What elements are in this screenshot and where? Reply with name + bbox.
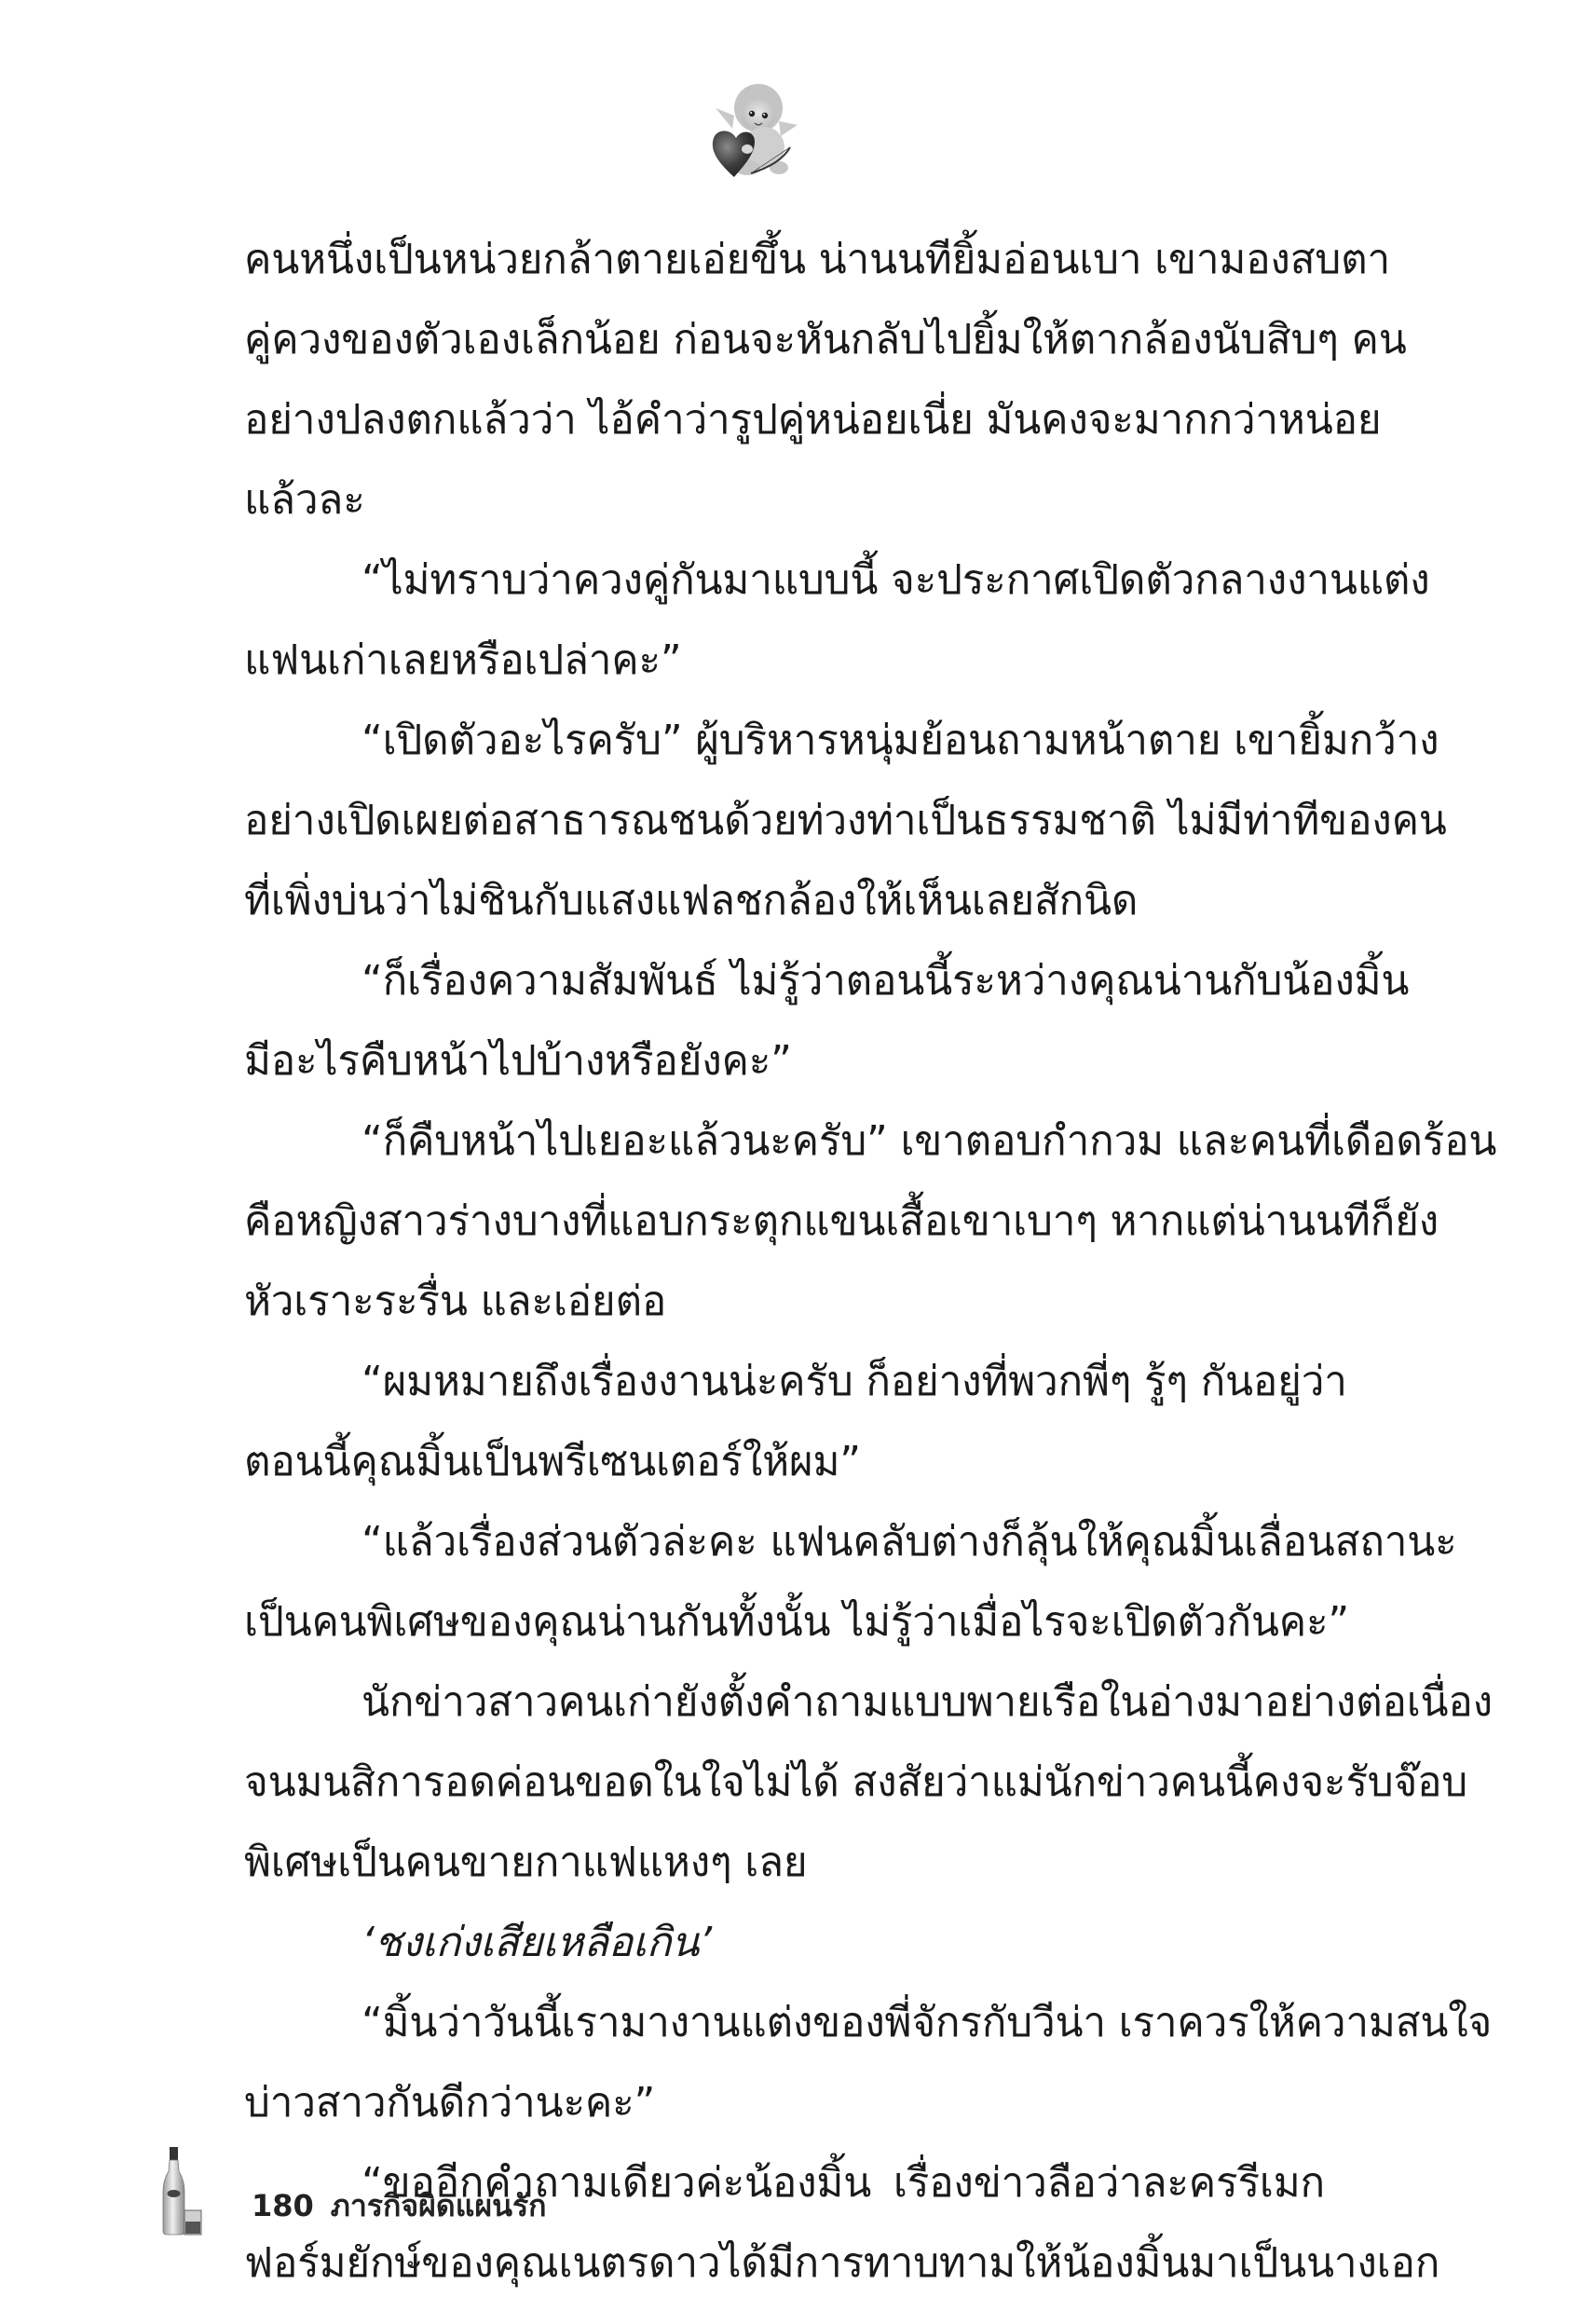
text-line: ตอนนี้คุณมิ้นเป็นพรีเซนเตอร์ให้ผม” bbox=[244, 1422, 1325, 1502]
paragraph: “ก็เรื่องความสัมพันธ์ ไม่รู้ว่าตอนนี้ระห… bbox=[244, 941, 1325, 1101]
text-line: “แล้วเรื่องส่วนตัวล่ะคะ แฟนคลับต่างก็ลุ้… bbox=[244, 1502, 1325, 1582]
paragraph: “แล้วเรื่องส่วนตัวล่ะคะ แฟนคลับต่างก็ลุ้… bbox=[244, 1502, 1325, 1662]
text-line: แฟนเก่าเลยหรือเปล่าคะ” bbox=[244, 621, 1325, 701]
text-line: “เปิดตัวอะไรครับ” ผู้บริหารหนุ่มย้อนถามห… bbox=[244, 701, 1325, 781]
paragraph: “เปิดตัวอะไรครับ” ผู้บริหารหนุ่มย้อนถามห… bbox=[244, 701, 1325, 941]
text-line: “ผมหมายถึงเรื่องงานน่ะครับ ก็อย่างที่พวก… bbox=[244, 1342, 1325, 1422]
text-line: บ่าวสาวกันดีกว่านะคะ” bbox=[244, 2063, 1325, 2143]
text-line: คนหนึ่งเป็นหน่วยกล้าตายเอ่ยขึ้น น่านนทีย… bbox=[244, 220, 1325, 300]
body-text: คนหนึ่งเป็นหน่วยกล้าตายเอ่ยขึ้น น่านนทีย… bbox=[244, 220, 1325, 2304]
page-number: 180 bbox=[252, 2188, 314, 2223]
paragraph-inner-thought: ‘ชงเก่งเสียเหลือเกิน’ bbox=[244, 1903, 1325, 1983]
text-line: จนมนสิการอดค่อนขอดในใจไม่ได้ สงสัยว่าแม่… bbox=[244, 1743, 1325, 1823]
paragraph: คนหนึ่งเป็นหน่วยกล้าตายเอ่ยขึ้น น่านนทีย… bbox=[244, 220, 1325, 540]
text-line: อย่างเปิดเผยต่อสาธารณชนด้วยท่วงท่าเป็นธร… bbox=[244, 781, 1325, 861]
paragraph: “ไม่ทราบว่าควงคู่กันมาแบบนี้ จะประกาศเปิ… bbox=[244, 540, 1325, 701]
book-page: คนหนึ่งเป็นหน่วยกล้าตายเอ่ยขึ้น น่านนทีย… bbox=[0, 0, 1596, 2311]
text-line: เป็นคนพิเศษของคุณน่านกันทั้งนั้น ไม่รู้ว… bbox=[244, 1582, 1325, 1662]
text-line: “ก็เรื่องความสัมพันธ์ ไม่รู้ว่าตอนนี้ระห… bbox=[244, 941, 1325, 1021]
text-line: ที่เพิ่งบ่นว่าไม่ชินกับแสงแฟลชกล้องให้เห… bbox=[244, 861, 1325, 941]
text-line: แล้วละ bbox=[244, 460, 1325, 540]
text-line: หัวเราะระรื่น และเอ่ยต่อ bbox=[244, 1262, 1325, 1342]
paragraph: “ผมหมายถึงเรื่องงานน่ะครับ ก็อย่างที่พวก… bbox=[244, 1342, 1325, 1502]
paragraph: “ก็คืบหน้าไปเยอะแล้วนะครับ” เขาตอบกำกวม … bbox=[244, 1101, 1325, 1342]
text-line: อย่างปลงตกแล้วว่า ไอ้คำว่ารูปคู่หน่อยเนี… bbox=[244, 380, 1325, 460]
page-footer: 180ภารกิจผิดแผนรัก bbox=[158, 2143, 811, 2236]
book-title: ภารกิจผิดแผนรัก bbox=[331, 2188, 547, 2223]
liquor-bottle-and-glass-icon bbox=[158, 2143, 218, 2236]
text-line: พิเศษเป็นคนขายกาแฟแหงๆ เลย bbox=[244, 1823, 1325, 1903]
text-line: “ไม่ทราบว่าควงคู่กันมาแบบนี้ จะประกาศเปิ… bbox=[244, 540, 1325, 621]
text-line: คือหญิงสาวร่างบางที่แอบกระตุกแขนเสื้อเขา… bbox=[244, 1182, 1325, 1262]
text-line: คู่ควงของตัวเองเล็กน้อย ก่อนจะหันกลับไปย… bbox=[244, 300, 1325, 380]
text-line: มีอะไรคืบหน้าไปบ้างหรือยังคะ” bbox=[244, 1021, 1325, 1101]
paragraph: นักข่าวสาวคนเก่ายังตั้งคำถามแบบพายเรือใน… bbox=[244, 1662, 1325, 1903]
text-line: “ก็คืบหน้าไปเยอะแล้วนะครับ” เขาตอบกำกวม … bbox=[244, 1101, 1325, 1182]
paragraph: “มิ้นว่าวันนี้เรามางานแต่งของพี่จักรกับว… bbox=[244, 1983, 1325, 2143]
cupid-heart-icon bbox=[706, 80, 799, 179]
footer-caption: 180ภารกิจผิดแผนรัก bbox=[252, 2182, 547, 2230]
text-line: นักข่าวสาวคนเก่ายังตั้งคำถามแบบพายเรือใน… bbox=[244, 1662, 1325, 1743]
text-line: “มิ้นว่าวันนี้เรามางานแต่งของพี่จักรกับว… bbox=[244, 1983, 1325, 2063]
text-line: ‘ชงเก่งเสียเหลือเกิน’ bbox=[244, 1903, 1325, 1983]
